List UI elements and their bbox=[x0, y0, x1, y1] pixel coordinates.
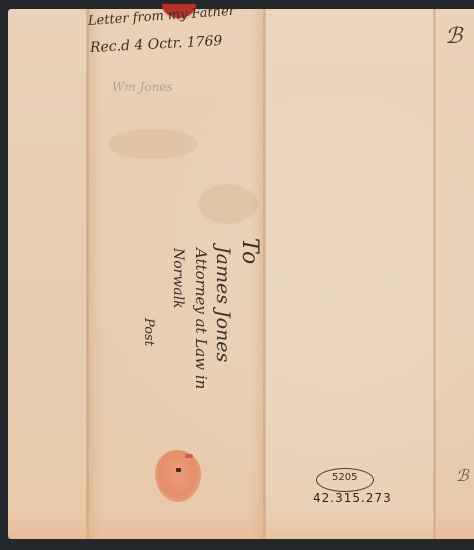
catalog-oval-number: 5205 bbox=[332, 472, 357, 483]
edge-mark-bottom: ℬ bbox=[456, 466, 469, 485]
address-route: Post bbox=[141, 318, 156, 346]
paper-stain bbox=[198, 184, 258, 224]
fold-line bbox=[433, 9, 436, 539]
catalog-accession-number: 42.315.273 bbox=[313, 491, 392, 505]
fold-line bbox=[86, 9, 89, 539]
left-panel bbox=[8, 9, 88, 539]
address-to: To bbox=[237, 238, 262, 264]
address-place: Norwalk bbox=[170, 248, 186, 309]
fold-line bbox=[263, 9, 266, 539]
address-title: Attorney at Law in bbox=[192, 248, 210, 389]
edge-mark-top: ℬ bbox=[445, 24, 462, 49]
right-panel bbox=[264, 9, 434, 539]
pencil-note: Wm Jones bbox=[112, 80, 173, 94]
document-scan: Letter from my Father Rec.d 4 Octr. 1769… bbox=[0, 0, 474, 550]
paper-stain bbox=[108, 129, 198, 159]
address-block: To James Jones Attorney at Law in Norwal… bbox=[112, 238, 262, 408]
address-name: James Jones bbox=[212, 246, 234, 362]
far-right-panel bbox=[434, 9, 474, 539]
